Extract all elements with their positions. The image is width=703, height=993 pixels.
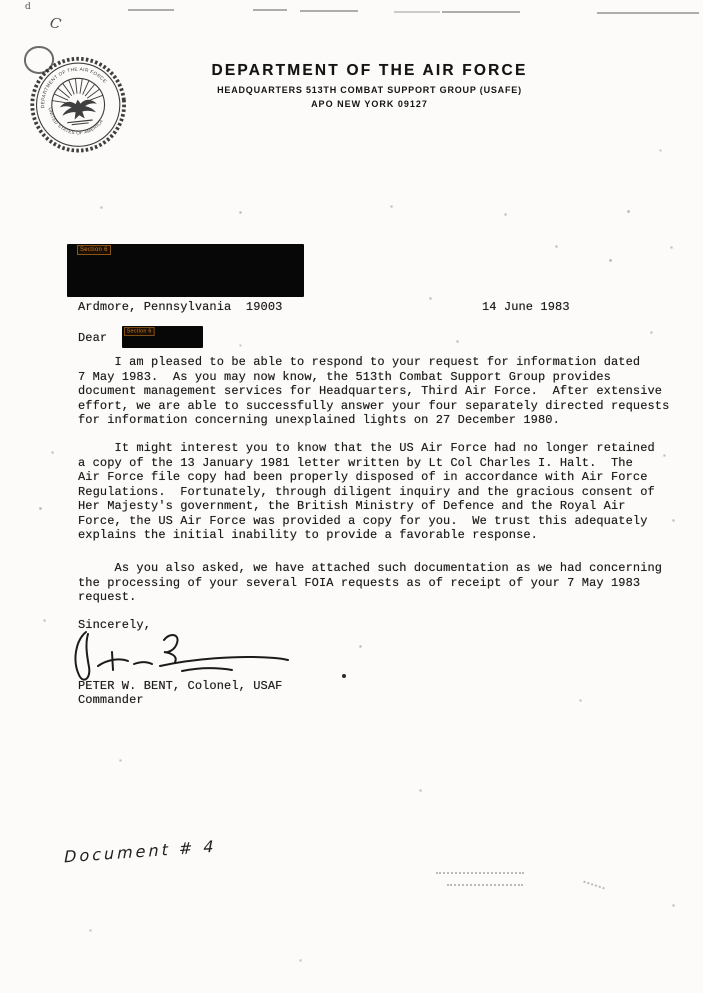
scan-dash bbox=[597, 12, 699, 14]
scan-dash bbox=[394, 11, 440, 13]
signer-name-line: PETER W. BENT, Colonel, USAF bbox=[78, 679, 282, 694]
scan-noise bbox=[436, 872, 524, 874]
redaction-recipient-address: Section 6 bbox=[67, 244, 304, 297]
letterhead-apo-address: APO NEW YORK 09127 bbox=[18, 99, 703, 109]
scan-dash bbox=[300, 10, 358, 12]
redaction-exemption-label: Section 6 bbox=[124, 327, 154, 336]
recipient-city-line: Ardmore, Pennsylvania 19003 bbox=[78, 300, 282, 315]
salutation: Dear bbox=[78, 331, 115, 346]
letterhead: DEPARTMENT OF THE AIR FORCE HEADQUARTERS… bbox=[18, 62, 703, 109]
scan-dash bbox=[442, 11, 520, 13]
letter-date: 14 June 1983 bbox=[482, 300, 570, 315]
body-paragraph-1: I am pleased to be able to respond to yo… bbox=[78, 355, 669, 428]
scanned-letter-page: d C bbox=[0, 0, 703, 993]
scan-speckles bbox=[0, 0, 1, 1]
signer-title-line: Commander bbox=[78, 693, 144, 708]
scan-noise bbox=[447, 884, 523, 886]
handwritten-document-number: Document # 4 bbox=[64, 837, 216, 867]
scan-dash bbox=[128, 9, 174, 11]
letterhead-department: DEPARTMENT OF THE AIR FORCE bbox=[18, 62, 703, 80]
scan-noise bbox=[583, 881, 605, 890]
body-paragraph-3: As you also asked, we have attached such… bbox=[78, 561, 662, 605]
redaction-exemption-label: Section 6 bbox=[77, 245, 111, 255]
scan-dot bbox=[342, 674, 346, 678]
scan-mark-c: C bbox=[48, 15, 62, 33]
scan-mark-d: d bbox=[25, 2, 31, 12]
body-paragraph-2: It might interest you to know that the U… bbox=[78, 441, 655, 543]
letterhead-unit: HEADQUARTERS 513TH COMBAT SUPPORT GROUP … bbox=[18, 85, 703, 95]
redaction-recipient-name: Section 6 bbox=[122, 326, 203, 348]
scan-dash bbox=[253, 9, 287, 11]
